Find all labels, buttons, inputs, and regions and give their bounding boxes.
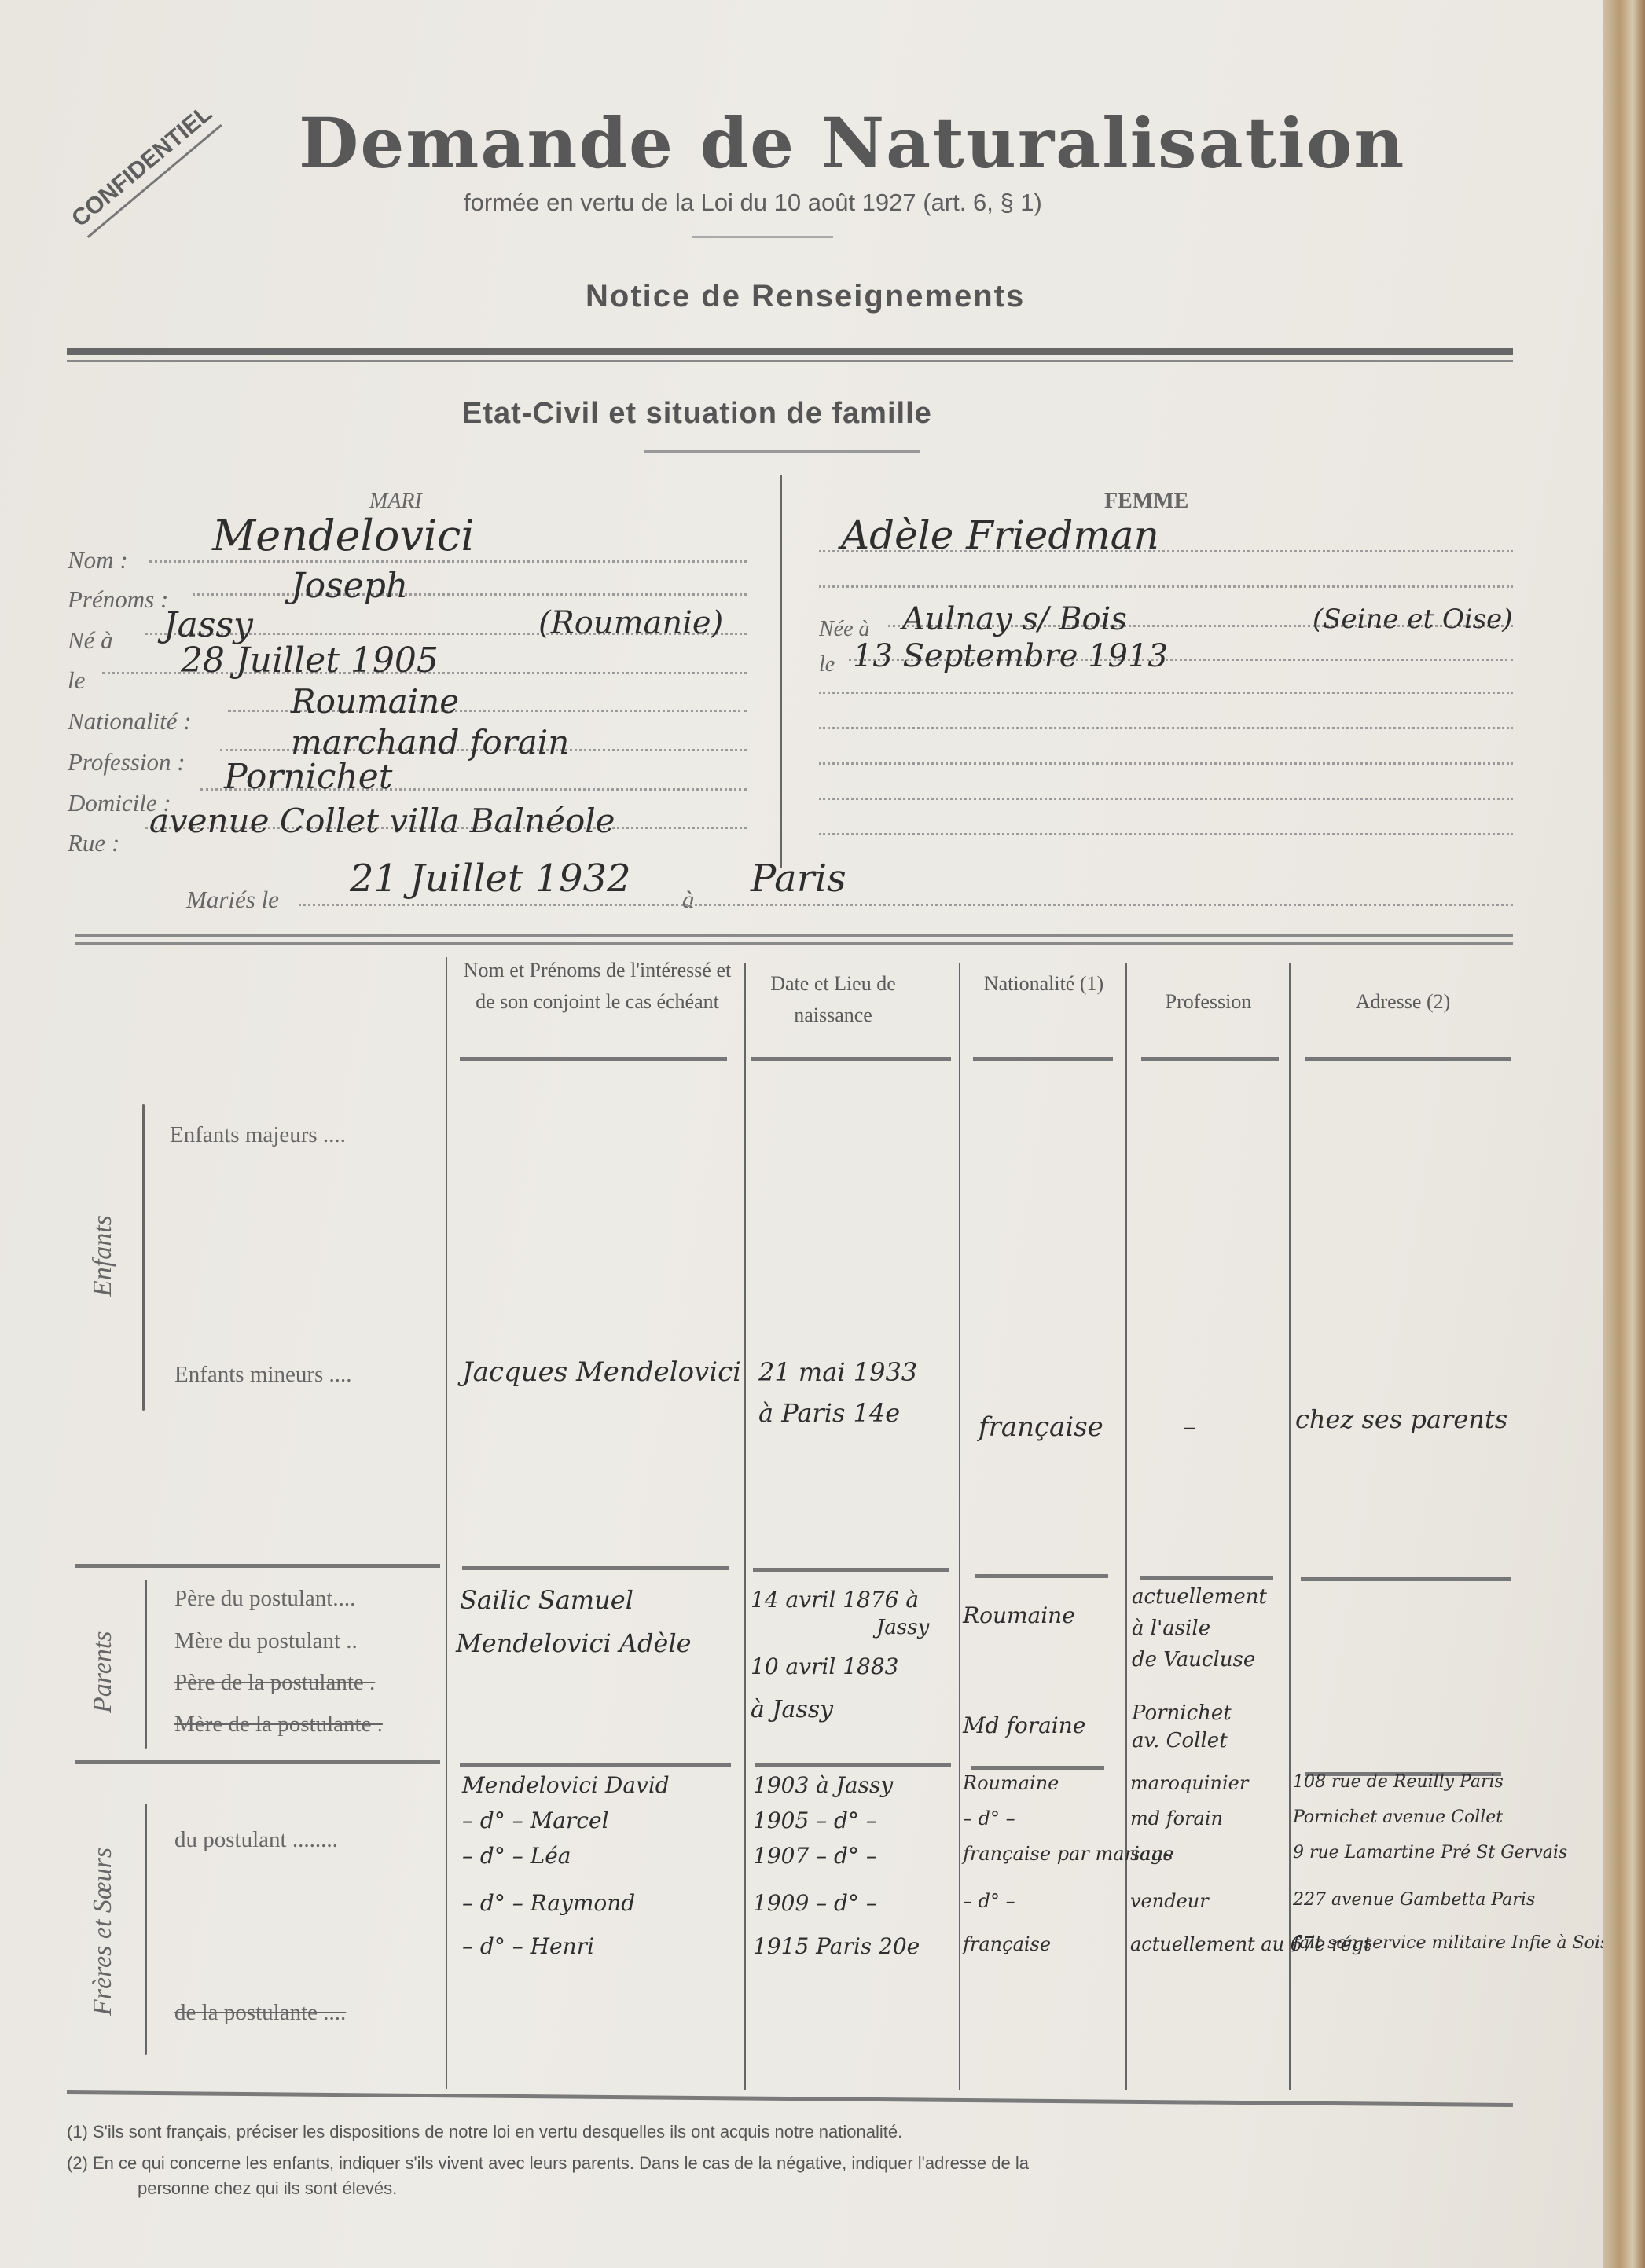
husband-domicile: Pornichet xyxy=(224,757,392,797)
husband-birthdate: 28 Juillet 1905 xyxy=(181,640,439,681)
child-profession: – xyxy=(1183,1407,1196,1448)
husband-nationality: Roumaine xyxy=(291,682,459,721)
group-label-freres-soeurs: Frères et Sœurs xyxy=(88,1848,118,2016)
mother-birth: 10 avril 1883 xyxy=(751,1646,899,1687)
label-rue: Rue : xyxy=(68,829,119,857)
child-nationality: française xyxy=(979,1407,1103,1448)
label-le: le xyxy=(68,666,85,695)
sibling-nom: – d° – Raymond xyxy=(462,1890,635,1916)
footnote-2-cont: personne chez qui ils sont élevés. xyxy=(138,2178,397,2199)
label-nationalite: Nationalité : xyxy=(68,707,192,736)
sibling-naissance: 1907 – d° – xyxy=(753,1843,877,1869)
sibling-adresse: 227 avenue Gambetta Paris xyxy=(1293,1890,1535,1910)
footnote-2: (2) En ce qui concerne les enfants, indi… xyxy=(67,2153,1029,2174)
child-birth-date: 21 mai 1933 xyxy=(758,1352,917,1393)
label-ne-a: Né à xyxy=(68,626,113,655)
sibling-naissance: 1909 – d° – xyxy=(753,1890,877,1916)
row-label-mere-postulant: Mère du postulant .. xyxy=(174,1628,358,1654)
wife-birthdate: 13 Septembre 1913 xyxy=(853,638,1168,674)
footer-rule xyxy=(67,2090,1513,2107)
parents-nationality: Roumaine xyxy=(963,1595,1075,1636)
father-situation-2: à l'asile xyxy=(1132,1613,1210,1644)
column-header-profession: Profession xyxy=(1132,986,1285,1018)
mother-address-1: Pornichet xyxy=(1132,1697,1232,1729)
row-label-mere-postulante: Mère de la postulante . xyxy=(174,1712,383,1738)
marriage-place: Paris xyxy=(751,857,846,901)
sibling-nationalite: – d° – xyxy=(963,1890,1015,1912)
sibling-profession: vendeur xyxy=(1130,1890,1209,1912)
brace-enfants xyxy=(142,1104,145,1411)
mother-name: Mendelovici Adèle xyxy=(456,1623,692,1664)
father-birth-place: Jassy xyxy=(876,1607,929,1648)
footnote-1: (1) S'ils sont français, préciser les di… xyxy=(67,2122,902,2142)
sibling-adresse: fait son service militaire Infie à Soiss… xyxy=(1293,1933,1645,1953)
header-rule-thin xyxy=(67,360,1513,362)
group-label-enfants: Enfants xyxy=(88,1215,118,1297)
label-wife-le: le xyxy=(819,652,835,677)
form-page: CONFIDENTIEL Demande de Naturalisation f… xyxy=(0,0,1603,2268)
mother-birth-place: à Jassy xyxy=(751,1690,833,1730)
column-header-nationality: Nationalité (1) xyxy=(965,968,1122,1000)
brace-parents xyxy=(145,1580,147,1749)
row-label-enfants-majeurs: Enfants majeurs .... xyxy=(170,1122,346,1148)
couple-divider xyxy=(780,475,782,868)
row-label-freres-postulant: du postulant ........ xyxy=(174,1827,338,1853)
mother-profession-note: Md foraine xyxy=(963,1705,1085,1746)
confidential-stamp: CONFIDENTIEL xyxy=(67,101,222,238)
sibling-nom: Mendelovici David xyxy=(462,1772,670,1798)
page-edge xyxy=(1603,0,1645,2268)
sibling-naissance: 1903 à Jassy xyxy=(753,1772,893,1798)
column-header-birth: Date et Lieu de naissance xyxy=(755,968,912,1031)
label-maries-le: Mariés le xyxy=(186,886,279,914)
sibling-nom: – d° – Henri xyxy=(462,1933,594,1959)
sibling-nationalite: – d° – xyxy=(963,1807,1015,1829)
label-a: à xyxy=(682,886,695,914)
sibling-nom: – d° – Léa xyxy=(462,1843,571,1869)
column-header-name: Nom et Prénoms de l'intéressé et de son … xyxy=(452,955,743,1018)
label-nom: Nom : xyxy=(68,546,128,574)
child-birth-place: à Paris 14e xyxy=(758,1393,900,1433)
father-name: Sailic Samuel xyxy=(460,1580,633,1620)
sibling-nationalite: française xyxy=(963,1933,1051,1955)
wife-birthplace-region: (Seine et Oise) xyxy=(1313,604,1513,635)
child-address: chez ses parents xyxy=(1295,1399,1507,1440)
husband-profession: marchand forain xyxy=(291,723,569,762)
ornament-rule xyxy=(692,236,833,238)
father-situation-3: de Vaucluse xyxy=(1132,1644,1255,1675)
father-situation-1: actuellement xyxy=(1132,1581,1267,1613)
mother-address-2: av. Collet xyxy=(1132,1725,1228,1756)
sibling-profession: maroquinier xyxy=(1130,1772,1248,1794)
row-label-pere-postulant: Père du postulant.... xyxy=(174,1586,355,1612)
sibling-nationalite: Roumaine xyxy=(963,1772,1059,1794)
row-label-pere-postulante: Père de la postulante . xyxy=(174,1670,375,1696)
sibling-profession: sans xyxy=(1130,1843,1173,1865)
column-header-address: Adresse (2) xyxy=(1297,986,1509,1018)
husband-birthplace-region: (Roumanie) xyxy=(538,605,723,641)
label-prenoms: Prénoms : xyxy=(68,585,168,614)
husband-street: avenue Collet villa Balnéole xyxy=(149,802,615,840)
wife-heading: FEMME xyxy=(1104,489,1188,514)
husband-prenoms: Joseph xyxy=(291,566,408,606)
sibling-adresse: 9 rue Lamartine Pré St Gervais xyxy=(1293,1843,1567,1862)
sibling-adresse: Pornichet avenue Collet xyxy=(1293,1807,1503,1827)
form-subtitle: formée en vertu de la Loi du 10 août 192… xyxy=(464,189,1042,217)
section-rule xyxy=(644,450,920,453)
form-title: Demande de Naturalisation xyxy=(299,102,1405,184)
group-label-parents: Parents xyxy=(88,1631,118,1713)
husband-nom: Mendelovici xyxy=(212,511,475,560)
sibling-naissance: 1905 – d° – xyxy=(753,1807,877,1833)
husband-birthplace: Jassy xyxy=(163,605,253,645)
notice-title: Notice de Renseignements xyxy=(586,279,1025,314)
header-rule xyxy=(67,348,1513,355)
sibling-nom: – d° – Marcel xyxy=(462,1807,609,1833)
sibling-naissance: 1915 Paris 20e xyxy=(753,1933,920,1959)
section-title: Etat-Civil et situation de famille xyxy=(462,397,932,431)
sibling-adresse: 108 rue de Reuilly Paris xyxy=(1293,1772,1504,1792)
label-profession: Profession : xyxy=(68,748,185,776)
wife-birthplace: Aulnay s/ Bois xyxy=(902,601,1127,637)
marriage-date: 21 Juillet 1932 xyxy=(350,857,631,901)
table-top-rule xyxy=(75,934,1513,937)
sibling-profession: md forain xyxy=(1130,1807,1223,1829)
child-name: Jacques Mendelovici xyxy=(462,1352,741,1393)
brace-freres xyxy=(145,1804,147,2055)
wife-nom: Adèle Friedman xyxy=(841,512,1159,558)
row-label-enfants-mineurs: Enfants mineurs .... xyxy=(174,1362,352,1388)
row-label-freres-postulante: de la postulante .... xyxy=(174,2000,346,2026)
